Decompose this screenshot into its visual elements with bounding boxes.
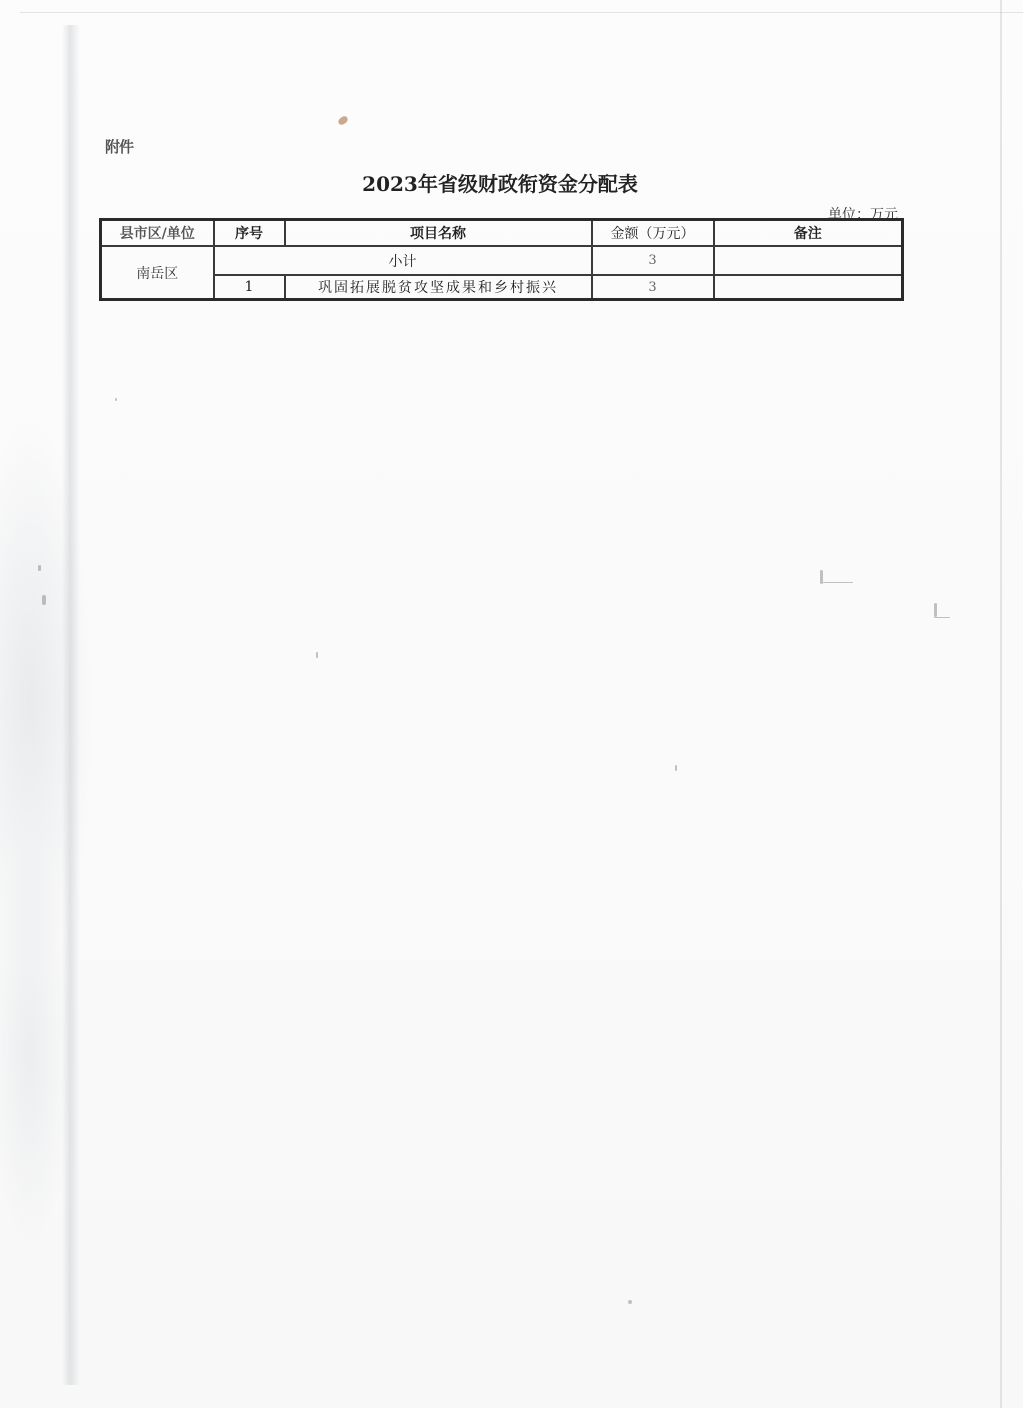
allocation-table: 县市区/单位 序号 项目名称 金额（万元） 备注 南岳区 小计 3 1 巩固拓展… (99, 218, 904, 301)
header-amount: 金额（万元） (592, 220, 714, 247)
page-right-edge (1000, 0, 1002, 1408)
subtotal-remark (714, 246, 903, 275)
scan-mark (934, 603, 937, 617)
header-seq: 序号 (214, 220, 285, 247)
scan-mark (675, 765, 677, 771)
scan-mark (38, 565, 41, 571)
document-title-text: 2023年省级财政衔资金分配表 (362, 168, 638, 197)
table-row: 1 巩固拓展脱贫攻坚成果和乡村振兴 3 (101, 275, 903, 300)
row-project-name: 巩固拓展脱贫攻坚成果和乡村振兴 (285, 275, 592, 300)
page-top-edge (20, 12, 1023, 13)
scan-mark (823, 582, 853, 583)
row-seq: 1 (214, 275, 285, 300)
subtotal-label: 小计 (214, 246, 592, 275)
table-header-row: 县市区/单位 序号 项目名称 金额（万元） 备注 (101, 220, 903, 247)
header-remark: 备注 (714, 220, 903, 247)
scanned-page: 附件 2023年省级财政衔资金分配表 单位：万元 县市区/单位 序号 项目名称 … (0, 0, 1023, 1408)
header-project-name: 项目名称 (285, 220, 592, 247)
binding-shadow (62, 25, 80, 1385)
scan-mark (628, 1300, 632, 1304)
attachment-label: 附件 (105, 136, 133, 157)
row-amount: 3 (592, 275, 714, 300)
document-title: 2023年省级财政衔资金分配表 (0, 168, 1000, 197)
scan-mark (42, 595, 46, 605)
scan-mark (934, 617, 950, 618)
subtotal-amount: 3 (592, 246, 714, 275)
header-region: 县市区/单位 (101, 220, 214, 247)
scan-mark (115, 398, 117, 401)
scan-mark (316, 652, 318, 658)
row-remark (714, 275, 903, 300)
subtotal-row: 南岳区 小计 3 (101, 246, 903, 275)
paper-stain (337, 115, 349, 126)
region-cell: 南岳区 (101, 246, 214, 300)
